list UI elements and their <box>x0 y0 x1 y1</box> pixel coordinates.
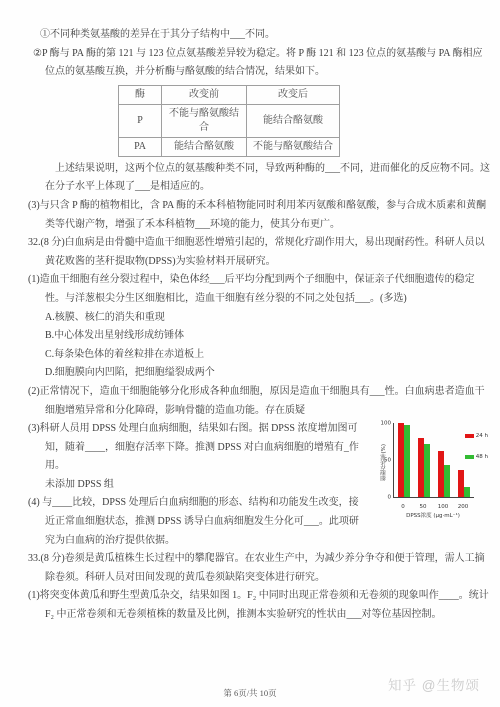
legend-label: 24 h <box>476 427 488 446</box>
q32-option-b: B.中心体发出星射线形成纺锤体 <box>45 327 490 346</box>
q31-item2: ②P 酶与 PA 酶的第 121 与 123 位点氨基酸差异较为稳定。将 P 酶… <box>33 45 490 82</box>
chart-yticks: 050100 <box>381 423 392 497</box>
q33-stem: 33.(8 分)卷须是黄瓜植株生长过程中的攀爬器官。在农业生产中，为减少养分争夺… <box>28 550 490 587</box>
legend-label: 48 h <box>476 448 488 467</box>
dpss-survival-chart: 细胞存活率(%) 050100 24 h48 h 050100200 DPSS浓… <box>374 420 490 522</box>
watermark: 知乎 @生物颂 <box>388 674 480 694</box>
table-cell: 不能与酪氨酸结合 <box>162 104 247 137</box>
legend-item-48h: 48 h <box>465 448 488 467</box>
bar-48h-0 <box>404 425 410 498</box>
q32-item1: (1)造血干细胞有丝分裂过程中，染色体经___后平均分配到两个子细胞中，保证亲子… <box>28 271 490 308</box>
bar-group-100 <box>438 423 450 497</box>
q32-option-c: C.每条染色体的着丝粒排在赤道板上 <box>45 346 490 365</box>
q32-option-d: D.细胞膜向内凹陷，把细胞缢裂成两个 <box>45 364 490 383</box>
legend-swatch <box>465 434 474 438</box>
enzyme-table-wrap: 酶 改变前 改变后 P 不能与酪氨酸结合 能结合酪氨酸 PA 能结合酪氨酸 不能… <box>118 85 490 157</box>
table-cell: P <box>119 104 162 137</box>
table-cell: 不能与酪氨酸结合 <box>247 137 340 156</box>
table-header-after: 改变后 <box>247 85 340 104</box>
exam-page: ①不同种类氨基酸的差异在于其分子结构中___不同。 ②P 酶与 PA 酶的第 1… <box>0 0 500 707</box>
table-row: PA 能结合酪氨酸 不能与酪氨酸结合 <box>119 137 340 156</box>
q32-item2: (2)正常情况下，造血干细胞能够分化形成各种血细胞，原因是造血干细胞具有___性… <box>28 383 490 420</box>
chart-plot-wrap <box>393 423 473 497</box>
q31-item3: (3)与只含 P 酶的植物相比，含 PA 酶的禾本科植物能同时利用苯丙氨酸和酪氨… <box>28 197 490 234</box>
ytick-0: 0 <box>388 488 392 507</box>
table-cell: PA <box>119 137 162 156</box>
bar-48h-100 <box>444 465 450 498</box>
legend-item-24h: 24 h <box>465 427 488 446</box>
ytick-100: 100 <box>381 414 392 433</box>
table-cell: 能结合酪氨酸 <box>162 137 247 156</box>
q31-summary: 上述结果说明，这两个位点的氨基酸种类不同，导致两种酶的___不同，进而催化的反应… <box>28 160 490 197</box>
q33-item1: (1)将突变体黄瓜和野生型黄瓜杂交，结果如图 1。F₂ 中同时出现正常卷须和无卷… <box>28 587 490 624</box>
table-row: P 不能与酪氨酸结合 能结合酪氨酸 <box>119 104 340 137</box>
enzyme-table: 酶 改变前 改变后 P 不能与酪氨酸结合 能结合酪氨酸 PA 能结合酪氨酸 不能… <box>118 85 340 157</box>
table-header-enzyme: 酶 <box>119 85 162 104</box>
q31-item1: ①不同种类氨基酸的差异在于其分子结构中___不同。 <box>40 26 490 45</box>
chart-bars <box>393 423 474 498</box>
chart-legend: 24 h48 h <box>465 427 488 468</box>
exam-content: ①不同种类氨基酸的差异在于其分子结构中___不同。 ②P 酶与 PA 酶的第 1… <box>28 26 490 625</box>
table-header-row: 酶 改变前 改变后 <box>119 85 340 104</box>
chart-x-axis-label: DPSS浓度 (μg·mL⁻¹) <box>380 507 486 526</box>
legend-swatch <box>465 455 474 459</box>
table-cell: 能结合酪氨酸 <box>247 104 340 137</box>
bar-48h-200 <box>464 487 470 497</box>
table-header-before: 改变前 <box>162 85 247 104</box>
bar-group-0 <box>398 423 410 497</box>
bar-48h-50 <box>424 444 430 497</box>
bar-group-50 <box>418 423 430 497</box>
q32-option-a: A.核膜、核仁的消失和重现 <box>45 309 490 328</box>
q32-stem: 32.(8 分)白血病是由骨髓中造血干细胞恶性增殖引起的，常规化疗副作用大，易出… <box>28 234 490 271</box>
ytick-50: 50 <box>384 451 391 470</box>
